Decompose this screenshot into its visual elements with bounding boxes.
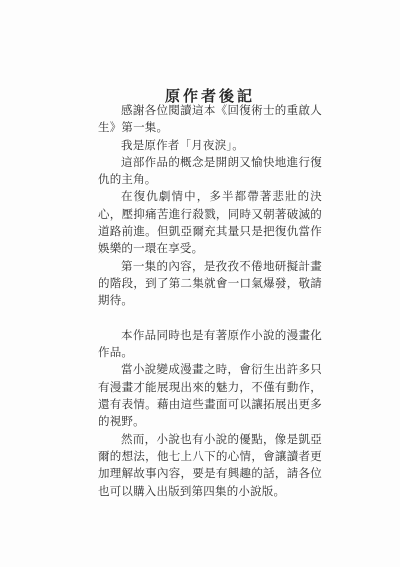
paragraph: 我是原作者「月夜淚」。 xyxy=(98,138,322,155)
afterword-section-2: 本作品同時也是有著原作小說的漫畫化作品。 當小說變成漫畫之時，會衍生出許多只有漫… xyxy=(98,328,322,501)
book-page: 原作者後記 感謝各位閱讀這本《回復術士的重啟人生》第一集。 我是原作者「月夜淚」… xyxy=(0,0,400,567)
afterword-text: 感謝各位閱讀這本《回復術士的重啟人生》第一集。 我是原作者「月夜淚」。 這部作品… xyxy=(98,103,322,501)
afterword-section-1: 感謝各位閱讀這本《回復術士的重啟人生》第一集。 我是原作者「月夜淚」。 這部作品… xyxy=(98,103,322,311)
paragraph: 然而，小說也有小說的優點，像是凱亞爾的想法，他七上八下的心情，會讓讀者更加理解故… xyxy=(98,432,322,501)
paragraph: 感謝各位閱讀這本《回復術士的重啟人生》第一集。 xyxy=(98,103,322,138)
paragraph: 當小說變成漫畫之時，會衍生出許多只有漫畫才能展現出來的魅力，不僅有動作，還有表情… xyxy=(98,362,322,431)
paragraph: 在復仇劇情中，多半都帶著悲壯的決心，壓抑痛苦進行殺戮，同時又朝著破滅的道路前進。… xyxy=(98,189,322,258)
paragraph: 本作品同時也是有著原作小說的漫畫化作品。 xyxy=(98,328,322,363)
paragraph: 這部作品的概念是開朗又愉快地進行復仇的主角。 xyxy=(98,155,322,190)
paragraph: 第一集的內容，是孜孜不倦地研擬計畫的階段，到了第二集就會一口氣爆發，敬請期待。 xyxy=(98,259,322,311)
